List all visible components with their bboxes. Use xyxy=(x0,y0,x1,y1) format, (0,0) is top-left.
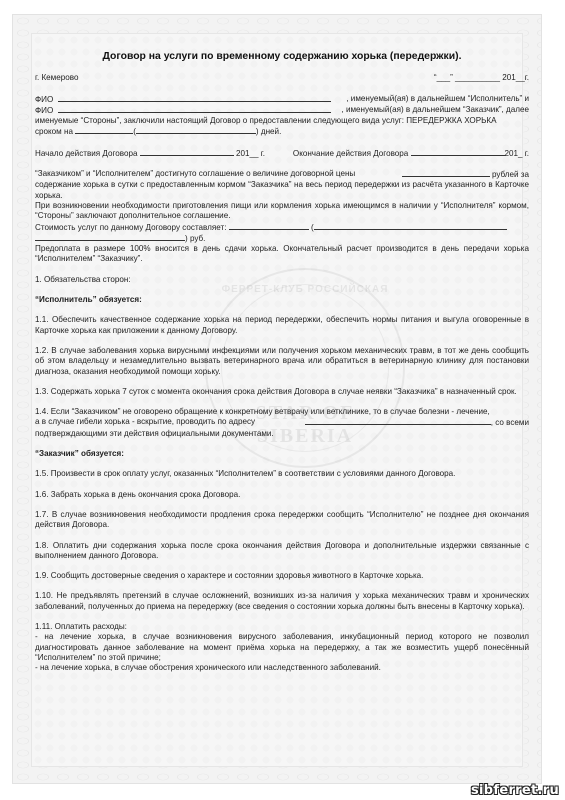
total-cost-line-2: ) руб. xyxy=(35,233,529,244)
clause-1-11-bullet: - на лечение хорька, в случае обострения… xyxy=(35,663,529,673)
clause-1-10: 1.10. Не предъявлять претензий в случае … xyxy=(35,591,529,612)
clause-1-11: 1.11. Оплатить расходы: - на лечение хор… xyxy=(35,622,529,673)
daily-price-description: содержание хорька в сутки с предоставлен… xyxy=(35,180,529,201)
document-title: Договор на услуги по временному содержан… xyxy=(35,52,529,62)
clause-1-7: 1.7. В случае возникновения необходимост… xyxy=(35,510,529,531)
end-date-field[interactable] xyxy=(411,148,505,156)
parties-block: ФИО , именуемый(ая) в дальнейшем “Исполн… xyxy=(35,94,529,138)
price-block: “Заказчиком” и “Исполнителем” достигнуто… xyxy=(35,169,529,265)
contract-content: Договор на услуги по временному содержан… xyxy=(35,52,529,673)
term-days-words-field[interactable] xyxy=(136,126,256,134)
clause-1-1: 1.1. Обеспечить качественное содержание … xyxy=(35,315,529,336)
total-cost-number-field[interactable] xyxy=(229,222,309,230)
clause-1-8: 1.8. Оплатить дни содержания хорька посл… xyxy=(35,541,529,562)
total-cost-words-field-2[interactable] xyxy=(35,233,185,241)
site-watermark: sibferret.ru xyxy=(471,783,559,798)
clause-1-4: 1.4. Если “Заказчиком” не оговорено обра… xyxy=(35,407,529,439)
term-days-number-field[interactable] xyxy=(75,126,133,134)
term-dates-row: Начало действия Договора 201__ г. Оконча… xyxy=(35,148,529,159)
customer-obligations-heading: “Заказчик” обязуется: xyxy=(35,449,529,459)
place-date-row: г. Кемерово “___” __________ 201__г. xyxy=(35,73,529,83)
vet-address-field[interactable] xyxy=(305,417,491,425)
extra-feeding-clause: При возникновении необходимости приготов… xyxy=(35,201,529,222)
term-days-line: сроком на () дней. xyxy=(35,126,529,137)
daily-price-field[interactable] xyxy=(402,169,490,177)
city: г. Кемерово xyxy=(35,73,78,83)
clause-1-6: 1.6. Забрать хорька в день окончания сро… xyxy=(35,490,529,500)
executor-obligations-heading: “Исполнитель” обязуется: xyxy=(35,295,529,305)
customer-name-field[interactable] xyxy=(58,105,331,113)
section-1-title: 1. Обязательства сторон: xyxy=(35,275,529,285)
daily-price-line: “Заказчиком” и “Исполнителем” достигнуто… xyxy=(35,169,529,180)
prepayment-clause: Предоплата в размере 100% вносится в ден… xyxy=(35,244,529,265)
clause-1-2: 1.2. В случае заболевания хорька вирусны… xyxy=(35,346,529,377)
customer-name-line: ФИО , именуемый(ая) в дальнейшем “Заказч… xyxy=(35,105,529,116)
total-cost-words-field-1[interactable] xyxy=(314,222,507,230)
executor-name-line: ФИО , именуемый(ая) в дальнейшем “Исполн… xyxy=(35,94,529,105)
parties-agreement-text: именуемые “Стороны”, заключили настоящий… xyxy=(35,116,529,126)
total-cost-line: Стоимость услуг по данному Договору сост… xyxy=(35,222,529,233)
clause-1-3: 1.3. Содержать хорька 7 суток с момента … xyxy=(35,387,529,397)
start-date-field[interactable] xyxy=(140,148,234,156)
date-field[interactable]: “___” __________ 201__г. xyxy=(434,73,529,83)
clause-1-9: 1.9. Сообщить достоверные сведения о хар… xyxy=(35,571,529,581)
executor-name-field[interactable] xyxy=(58,94,331,102)
clause-1-5: 1.5. Произвести в срок оплату услуг, ока… xyxy=(35,469,529,479)
clause-1-11-bullet: - на лечение хорька, в случае возникнове… xyxy=(35,632,529,663)
